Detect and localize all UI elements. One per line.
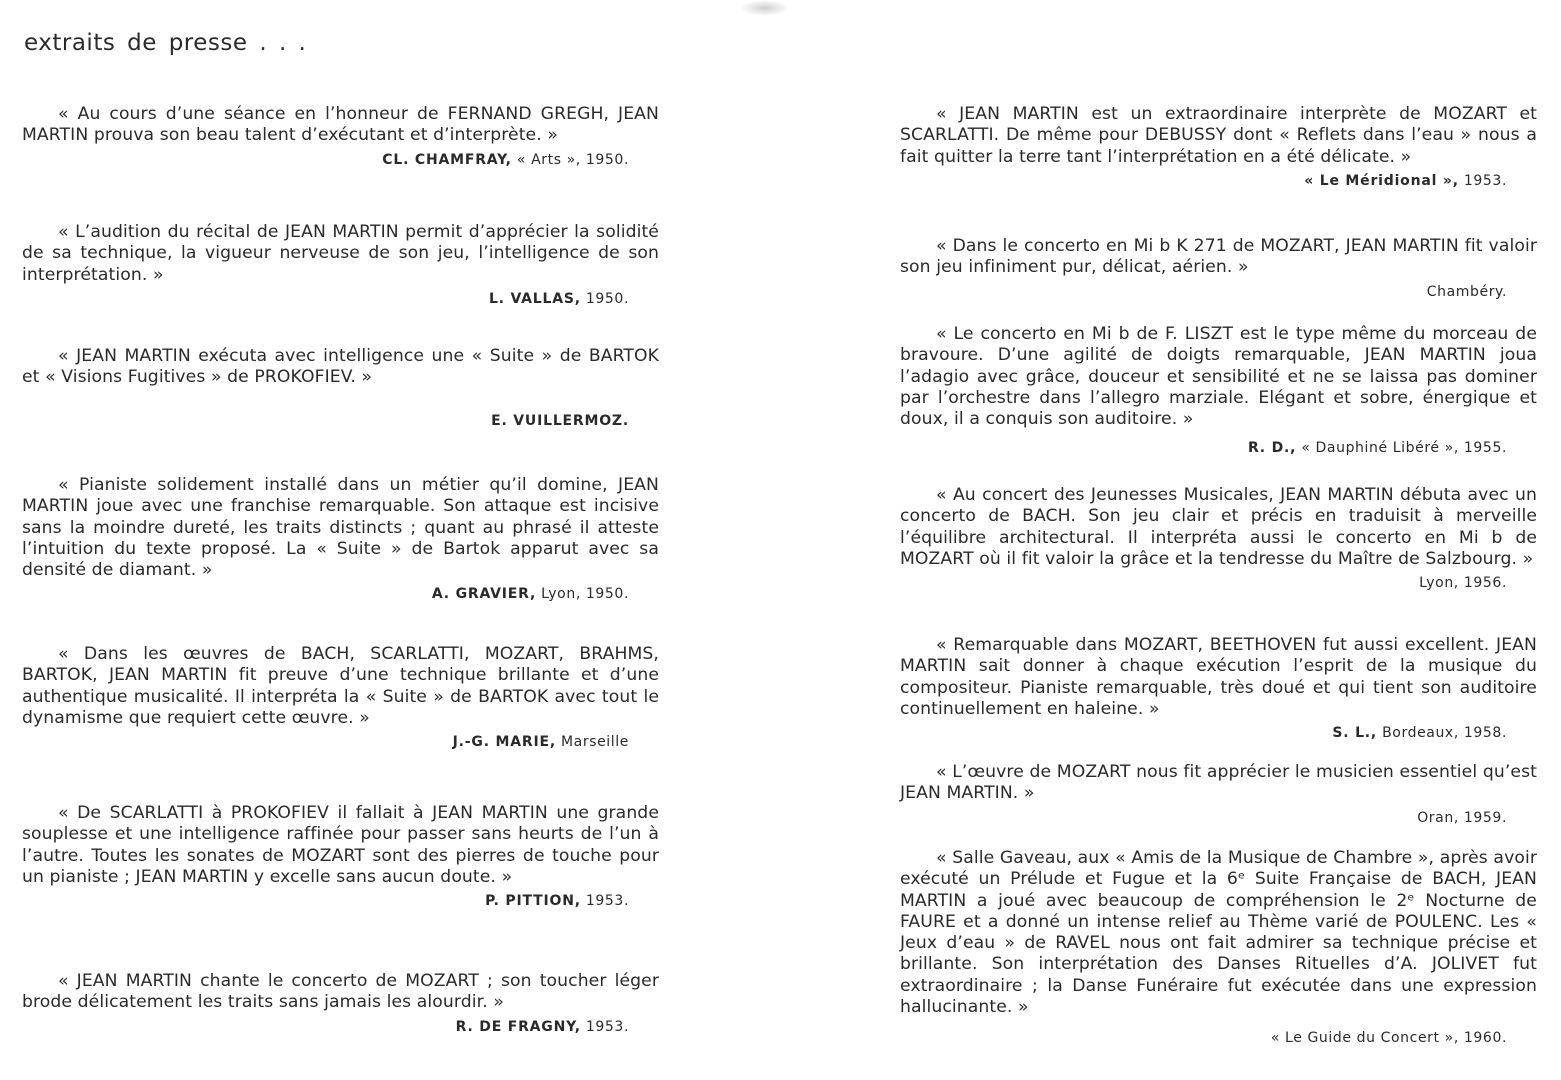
- quote-text: « Remarquable dans MOZART, BEETHOVEN fut…: [900, 635, 1537, 720]
- quote-text: « L’audition du récital de JEAN MARTIN p…: [22, 222, 659, 286]
- quote-text: « Salle Gaveau, aux « Amis de la Musique…: [900, 848, 1537, 1018]
- press-quote: « JEAN MARTIN est un extraordinaire inte…: [900, 104, 1537, 189]
- quote-text: « Le concerto en Mi b de F. LISZT est le…: [900, 324, 1537, 430]
- quote-source: P. PITTION, 1953.: [22, 893, 629, 909]
- source-author: J.-G. MARIE,: [453, 734, 556, 750]
- source-detail: Chambéry.: [1427, 284, 1507, 300]
- source-author: R. D.,: [1248, 440, 1296, 456]
- source-detail: Marseille: [556, 734, 629, 750]
- source-detail: « Dauphiné Libéré », 1955.: [1296, 440, 1507, 456]
- source-detail: 1950.: [581, 291, 629, 307]
- source-author: « Le Méridional »,: [1304, 173, 1459, 189]
- source-detail: Lyon, 1956.: [1419, 575, 1507, 591]
- quote-source: Chambéry.: [900, 284, 1507, 300]
- source-author: R. DE FRAGNY,: [456, 1019, 581, 1035]
- source-detail: 1953.: [581, 1019, 629, 1035]
- source-author: L. VALLAS,: [489, 291, 581, 307]
- quote-source: Lyon, 1956.: [900, 575, 1507, 591]
- quote-source: « Le Guide du Concert », 1960.: [900, 1030, 1507, 1046]
- quote-source: S. L., Bordeaux, 1958.: [900, 725, 1507, 741]
- quote-source: J.-G. MARIE, Marseille: [22, 734, 629, 750]
- quote-source: A. GRAVIER, Lyon, 1950.: [22, 586, 629, 602]
- press-quote: « Au concert des Jeunesses Musicales, JE…: [900, 485, 1537, 591]
- source-detail: Bordeaux, 1958.: [1377, 725, 1507, 741]
- press-quote: « JEAN MARTIN exécuta avec intelligence …: [22, 346, 659, 429]
- source-author: CL. CHAMFRAY,: [382, 152, 512, 168]
- press-quote: « Au cours d’une séance en l’honneur de …: [22, 104, 659, 168]
- quote-source: « Le Méridional », 1953.: [900, 173, 1507, 189]
- quote-source: CL. CHAMFRAY, « Arts », 1950.: [22, 152, 629, 168]
- quote-text: « Dans les œuvres de BACH, SCARLATTI, MO…: [22, 644, 659, 729]
- press-quote: « Remarquable dans MOZART, BEETHOVEN fut…: [900, 635, 1537, 741]
- quote-text: « De SCARLATTI à PROKOFIEV il fallait à …: [22, 803, 659, 888]
- source-author: E. VUILLERMOZ.: [491, 413, 629, 429]
- source-detail: « Le Guide du Concert », 1960.: [1271, 1030, 1507, 1046]
- press-quote: « Pianiste solidement installé dans un m…: [22, 475, 659, 602]
- quote-text: « Pianiste solidement installé dans un m…: [22, 475, 659, 581]
- quote-text: « JEAN MARTIN chante le concerto de MOZA…: [22, 971, 659, 1014]
- quote-source: Oran, 1959.: [900, 810, 1507, 826]
- source-detail: 1953.: [581, 893, 629, 909]
- source-detail: 1953.: [1459, 173, 1507, 189]
- quote-source: E. VUILLERMOZ.: [22, 413, 629, 429]
- source-author: S. L.,: [1332, 725, 1377, 741]
- press-quote: « Dans le concerto en Mi b K 271 de MOZA…: [900, 236, 1537, 300]
- quote-text: « Au concert des Jeunesses Musicales, JE…: [900, 485, 1537, 570]
- quote-text: « JEAN MARTIN est un extraordinaire inte…: [900, 104, 1537, 168]
- source-author: A. GRAVIER,: [432, 586, 536, 602]
- press-quote: « L’audition du récital de JEAN MARTIN p…: [22, 222, 659, 307]
- quote-text: « L’œuvre de MOZART nous fit apprécier l…: [900, 762, 1537, 805]
- scan-smudge: [740, 0, 790, 16]
- source-author: P. PITTION,: [485, 893, 581, 909]
- press-quote: « Le concerto en Mi b de F. LISZT est le…: [900, 324, 1537, 456]
- quote-source: R. D., « Dauphiné Libéré », 1955.: [900, 440, 1507, 456]
- source-detail: Oran, 1959.: [1417, 810, 1507, 826]
- source-detail: Lyon, 1950.: [536, 586, 629, 602]
- quote-text: « Dans le concerto en Mi b K 271 de MOZA…: [900, 236, 1537, 279]
- page-heading: extraits de presse . . .: [24, 30, 306, 56]
- press-quote: « De SCARLATTI à PROKOFIEV il fallait à …: [22, 803, 659, 909]
- quote-text: « JEAN MARTIN exécuta avec intelligence …: [22, 346, 659, 389]
- press-quote: « L’œuvre de MOZART nous fit apprécier l…: [900, 762, 1537, 826]
- press-quote: « Dans les œuvres de BACH, SCARLATTI, MO…: [22, 644, 659, 750]
- press-quote: « JEAN MARTIN chante le concerto de MOZA…: [22, 971, 659, 1035]
- quote-source: R. DE FRAGNY, 1953.: [22, 1019, 629, 1035]
- quote-text: « Au cours d’une séance en l’honneur de …: [22, 104, 659, 147]
- press-quote: « Salle Gaveau, aux « Amis de la Musique…: [900, 848, 1537, 1046]
- quote-source: L. VALLAS, 1950.: [22, 291, 629, 307]
- source-detail: « Arts », 1950.: [512, 152, 629, 168]
